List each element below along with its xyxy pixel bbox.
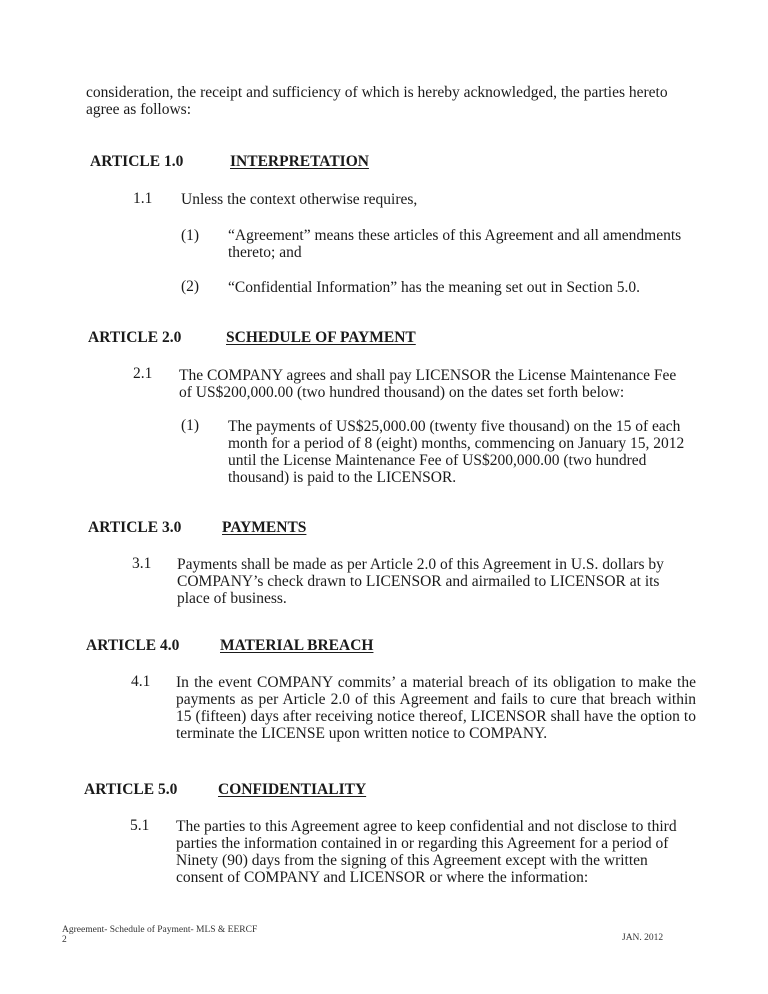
- article-number: ARTICLE 2.0: [88, 329, 181, 347]
- section-number: 2.1: [133, 365, 152, 383]
- article-title: CONFIDENTIALITY: [218, 781, 366, 799]
- article-title: INTERPRETATION: [230, 153, 369, 171]
- article-number: ARTICLE 4.0: [86, 637, 179, 655]
- footer-document-reference: Agreement- Schedule of Payment- MLS & EE…: [62, 925, 257, 945]
- item-number: (1): [181, 227, 199, 245]
- section-number: 1.1: [133, 190, 152, 208]
- section-text: Unless the context otherwise requires,: [181, 191, 681, 208]
- item-text: “Agreement” means these articles of this…: [228, 227, 688, 261]
- intro-paragraph: consideration, the receipt and sufficien…: [86, 84, 696, 118]
- item-text: “Confidential Information” has the meani…: [228, 279, 698, 296]
- section-text: Payments shall be made as per Article 2.…: [177, 556, 692, 607]
- section-text: The parties to this Agreement agree to k…: [176, 818, 696, 886]
- item-number: (1): [181, 417, 199, 435]
- section-text: In the event COMPANY commits’ a material…: [176, 674, 696, 742]
- article-number: ARTICLE 1.0: [90, 153, 183, 171]
- article-number: ARTICLE 5.0: [84, 781, 177, 799]
- article-title: MATERIAL BREACH: [220, 637, 373, 655]
- document-page: consideration, the receipt and sufficien…: [0, 0, 768, 994]
- item-number: (2): [181, 278, 199, 296]
- footer-document-name: Agreement- Schedule of Payment- MLS & EE…: [62, 925, 257, 935]
- section-number: 5.1: [130, 817, 149, 835]
- section-number: 4.1: [131, 673, 150, 691]
- footer-page-number: 2: [62, 935, 257, 945]
- section-number: 3.1: [132, 555, 151, 573]
- article-title: PAYMENTS: [222, 519, 306, 537]
- item-text: The payments of US$25,000.00 (twenty fiv…: [228, 418, 698, 486]
- footer-date: JAN. 2012: [622, 933, 663, 943]
- section-text: The COMPANY agrees and shall pay LICENSO…: [179, 367, 689, 401]
- article-title: SCHEDULE OF PAYMENT: [226, 329, 416, 347]
- article-number: ARTICLE 3.0: [88, 519, 181, 537]
